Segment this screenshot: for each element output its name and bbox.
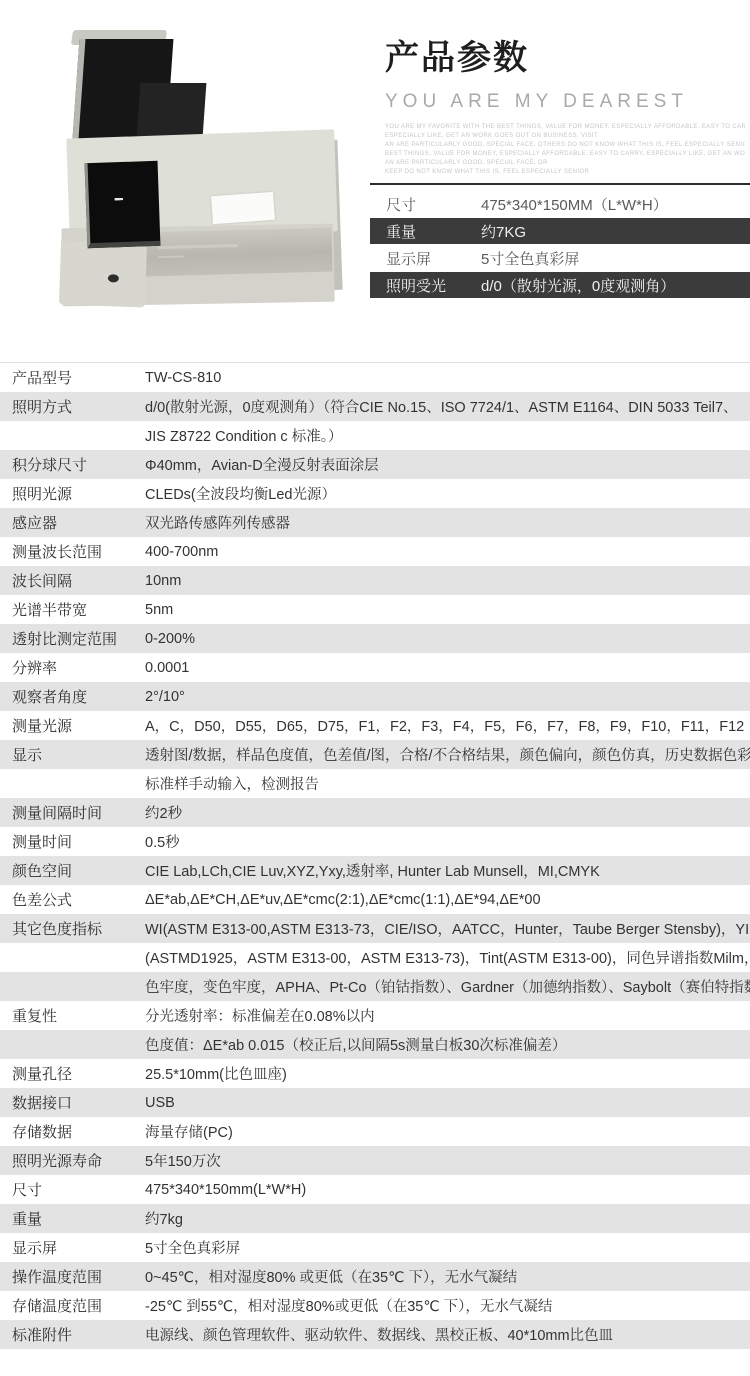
spec-label: 色差公式	[0, 889, 145, 910]
spec-row: 波长间隔 10nm	[0, 566, 750, 595]
quick-spec-value: 475*340*150MM（L*W*H）	[481, 194, 750, 215]
spec-label: 显示屏	[0, 1237, 145, 1258]
spec-label: 标准附件	[0, 1324, 145, 1345]
spec-label: 分辨率	[0, 657, 145, 678]
spec-row: 显示 透射图/数据，样品色度值，色差值/图，合格/不合格结果，颜色偏向，颜色仿真…	[0, 740, 750, 769]
spec-value: (ASTMD1925，ASTM E313-00，ASTM E313-73)，Ti…	[145, 947, 750, 968]
spec-label: 尺寸	[0, 1179, 145, 1200]
spec-row: 色度值：ΔE*ab 0.015（校正后,以间隔5s测量白板30次标准偏差）	[0, 1030, 750, 1059]
spec-value: CIE Lab,LCh,CIE Luv,XYZ,Yxy,透射率, Hunter …	[145, 860, 750, 881]
spec-value: A，C，D50，D55，D65，D75，F1，F2，F3，F4，F5，F6，F7…	[145, 715, 750, 736]
spec-row: 观察者角度 2°/10°	[0, 682, 750, 711]
spec-row: 积分球尺寸 Φ40mm，Avian-D全漫反射表面涂层	[0, 450, 750, 479]
fineprint-line: BEST THINGS, VALUE FOR MONEY, ESPECIALLY…	[385, 150, 745, 159]
quick-spec-row: 重量 约7KG	[370, 218, 750, 244]
spec-value: 双光路传感阵列传感器	[145, 512, 750, 533]
spec-row: 照明方式 d/0(散射光源，0度观测角）（符合CIE No.15、ISO 772…	[0, 392, 750, 421]
product-parameters-page: 产品参数 YOU ARE MY DEAREST YOU ARE MY FAVOR…	[0, 0, 750, 1376]
fineprint-line: YOU ARE MY FAVORITE WITH THE BEST THINGS…	[385, 123, 745, 132]
spec-value: 475*340*150mm(L*W*H)	[145, 1182, 750, 1198]
spec-label: 重量	[0, 1208, 145, 1229]
quick-spec-table: 尺寸 475*340*150MM（L*W*H） 重量 约7KG 显示屏 5寸全色…	[370, 183, 750, 299]
spec-label: 存储数据	[0, 1121, 145, 1142]
spec-row: 透射比测定范围 0-200%	[0, 624, 750, 653]
device-front-panel	[143, 228, 332, 277]
spec-row: 色差公式 ΔE*ab,ΔE*CH,ΔE*uv,ΔE*cmc(2:1),ΔE*cm…	[0, 885, 750, 914]
spec-row: 测量孔径 25.5*10mm(比色皿座)	[0, 1059, 750, 1088]
quick-spec-row: 显示屏 5寸全色真彩屏	[370, 245, 750, 271]
spec-row: 颜色空间 CIE Lab,LCh,CIE Luv,XYZ,Yxy,透射率, Hu…	[0, 856, 750, 885]
spec-value: 标准样手动输入，检测报告	[145, 773, 750, 794]
spec-value: CLEDs(全波段均衡Led光源）	[145, 483, 750, 504]
spec-value: 25.5*10mm(比色皿座)	[145, 1063, 750, 1084]
spec-row: 重量 约7kg	[0, 1204, 750, 1233]
spec-label: 照明方式	[0, 396, 145, 417]
spec-label: 波长间隔	[0, 570, 145, 591]
panel-engraving	[158, 244, 238, 249]
spec-value: 400-700nm	[145, 544, 750, 560]
spec-label: 测量时间	[0, 831, 145, 852]
spec-value: ΔE*ab,ΔE*CH,ΔE*uv,ΔE*cmc(2:1),ΔE*cmc(1:1…	[145, 892, 750, 908]
spec-row: 测量时间 0.5秒	[0, 827, 750, 856]
spec-value: 海量存储(PC)	[145, 1121, 750, 1142]
spec-label: 显示	[0, 744, 145, 765]
quick-spec-label: 重量	[370, 221, 481, 242]
spec-value: 5寸全色真彩屏	[145, 1237, 750, 1258]
spec-label: 照明光源寿命	[0, 1150, 145, 1171]
spec-label: 透射比测定范围	[0, 628, 145, 649]
product-photo	[28, 8, 373, 323]
spec-row: 照明光源 CLEDs(全波段均衡Led光源）	[0, 479, 750, 508]
spec-value: -25℃ 到55℃，相对湿度80%或更低（在35℃ 下），无水气凝结	[145, 1295, 750, 1316]
spec-row: 尺寸 475*340*150mm(L*W*H)	[0, 1175, 750, 1204]
spec-label: 感应器	[0, 512, 145, 533]
spec-row: 存储温度范围 -25℃ 到55℃，相对湿度80%或更低（在35℃ 下），无水气凝…	[0, 1291, 750, 1320]
spec-label: 光谱半带宽	[0, 599, 145, 620]
fineprint-line: AN ARE PARTICULARLY GOOD, SPECIAL FACE, …	[385, 141, 745, 150]
spec-value: WI(ASTM E313-00,ASTM E313-73，CIE/ISO，AAT…	[145, 918, 750, 939]
spec-value: 色度值：ΔE*ab 0.015（校正后,以间隔5s测量白板30次标准偏差）	[145, 1034, 750, 1055]
header: 产品参数 YOU ARE MY DEAREST YOU ARE MY FAVOR…	[385, 30, 745, 177]
spec-row: 感应器 双光路传感阵列传感器	[0, 508, 750, 537]
spec-value: 5nm	[145, 602, 750, 618]
spec-row: JIS Z8722 Condition c 标准。）	[0, 421, 750, 450]
spec-value: USB	[145, 1095, 750, 1111]
spec-row: 色牢度，变色牢度，APHA、Pt-Co（铂钴指数）、Gardner（加德纳指数）…	[0, 972, 750, 1001]
spec-value: TW-CS-810	[145, 370, 750, 386]
compartment-readout	[115, 198, 126, 216]
spec-value: d/0(散射光源，0度观测角）（符合CIE No.15、ISO 7724/1、A…	[145, 396, 750, 417]
quick-spec-value: d/0（散射光源，0度观测角）	[481, 275, 750, 296]
spec-label: 测量光源	[0, 715, 145, 736]
sample-compartment	[85, 161, 161, 248]
spec-value: 色牢度，变色牢度，APHA、Pt-Co（铂钴指数）、Gardner（加德纳指数）…	[145, 976, 750, 997]
spec-label: 照明光源	[0, 483, 145, 504]
spec-row: 重复性 分光透射率：标准偏差在0.08%以内	[0, 1001, 750, 1030]
quick-spec-label: 照明受光	[370, 275, 481, 296]
spec-label: 重复性	[0, 1005, 145, 1026]
spec-row: 分辨率 0.0001	[0, 653, 750, 682]
spec-label: 测量波长范围	[0, 541, 145, 562]
header-fineprint: YOU ARE MY FAVORITE WITH THE BEST THINGS…	[385, 123, 745, 177]
spec-value: Φ40mm，Avian-D全漫反射表面涂层	[145, 454, 750, 475]
fineprint-line: ESPECIALLY LIKE, GET AN WORK GOES OUT ON…	[385, 132, 745, 141]
spec-value: 0~45℃，相对湿度80% 或更低（在35℃ 下），无水气凝结	[145, 1266, 750, 1287]
page-title: 产品参数	[385, 30, 745, 79]
fineprint-line: KEEP DO NOT KNOW WHAT THIS IS, FEEL ESPE…	[385, 168, 745, 177]
spec-value: 0.5秒	[145, 831, 750, 852]
spec-label: 存储温度范围	[0, 1295, 145, 1316]
spec-label: 产品型号	[0, 367, 145, 388]
spec-value: 10nm	[145, 573, 750, 589]
quick-spec-label: 显示屏	[370, 248, 481, 269]
spec-row: 标准样手动输入，检测报告	[0, 769, 750, 798]
spec-row: 操作温度范围 0~45℃，相对湿度80% 或更低（在35℃ 下），无水气凝结	[0, 1262, 750, 1291]
spec-label: 其它色度指标	[0, 918, 145, 939]
spec-value: 透射图/数据，样品色度值，色差值/图，合格/不合格结果，颜色偏向，颜色仿真，历史…	[145, 744, 750, 765]
spec-label: 数据接口	[0, 1092, 145, 1113]
quick-spec-value: 5寸全色真彩屏	[481, 248, 750, 269]
spec-value: JIS Z8722 Condition c 标准。）	[145, 425, 750, 446]
panel-engraving	[158, 255, 184, 258]
spec-value: 0.0001	[145, 660, 750, 676]
spec-value: 0-200%	[145, 631, 750, 647]
quick-spec-row: 照明受光 d/0（散射光源，0度观测角）	[370, 272, 750, 298]
spec-row: 标准附件 电源线、颜色管理软件、驱动软件、数据线、黑校正板、40*10mm比色皿	[0, 1320, 750, 1349]
spec-row: 照明光源寿命 5年150万次	[0, 1146, 750, 1175]
spec-row: 数据接口 USB	[0, 1088, 750, 1117]
spec-row: 其它色度指标 WI(ASTM E313-00,ASTM E313-73，CIE/…	[0, 914, 750, 943]
spec-value: 2°/10°	[145, 689, 750, 705]
spec-label: 积分球尺寸	[0, 454, 145, 475]
spec-row: 测量波长范围 400-700nm	[0, 537, 750, 566]
spec-row: 产品型号 TW-CS-810	[0, 363, 750, 392]
spec-row: 存储数据 海量存储(PC)	[0, 1117, 750, 1146]
spec-row: (ASTMD1925，ASTM E313-00，ASTM E313-73)，Ti…	[0, 943, 750, 972]
spec-row: 光谱半带宽 5nm	[0, 595, 750, 624]
quick-spec-label: 尺寸	[370, 194, 481, 215]
spec-value: 约2秒	[145, 802, 750, 823]
spec-value: 约7kg	[145, 1208, 750, 1229]
spec-label: 操作温度范围	[0, 1266, 145, 1287]
spec-value: 分光透射率：标准偏差在0.08%以内	[145, 1005, 750, 1026]
quick-spec-row: 尺寸 475*340*150MM（L*W*H）	[370, 191, 750, 217]
spec-row: 测量间隔时间 约2秒	[0, 798, 750, 827]
quick-spec-value: 约7KG	[481, 221, 750, 242]
spec-label: 颜色空间	[0, 860, 145, 881]
spec-row: 显示屏 5寸全色真彩屏	[0, 1233, 750, 1262]
device-front-left-panel	[59, 241, 147, 308]
device-port-hole	[108, 274, 119, 282]
spec-table: 产品型号 TW-CS-810 照明方式 d/0(散射光源，0度观测角）（符合CI…	[0, 362, 750, 1349]
fineprint-line: AN ARE PARTICULARLY GOOD, SPECIAL FACE, …	[385, 159, 745, 168]
spec-label: 测量间隔时间	[0, 802, 145, 823]
spec-label: 观察者角度	[0, 686, 145, 707]
device-brand-label	[211, 192, 275, 224]
spec-row: 测量光源 A，C，D50，D55，D65，D75，F1，F2，F3，F4，F5，…	[0, 711, 750, 740]
spec-value: 电源线、颜色管理软件、驱动软件、数据线、黑校正板、40*10mm比色皿	[145, 1324, 750, 1345]
header-subtitle: YOU ARE MY DEAREST	[385, 91, 745, 113]
spec-label: 测量孔径	[0, 1063, 145, 1084]
spec-value: 5年150万次	[145, 1150, 750, 1171]
